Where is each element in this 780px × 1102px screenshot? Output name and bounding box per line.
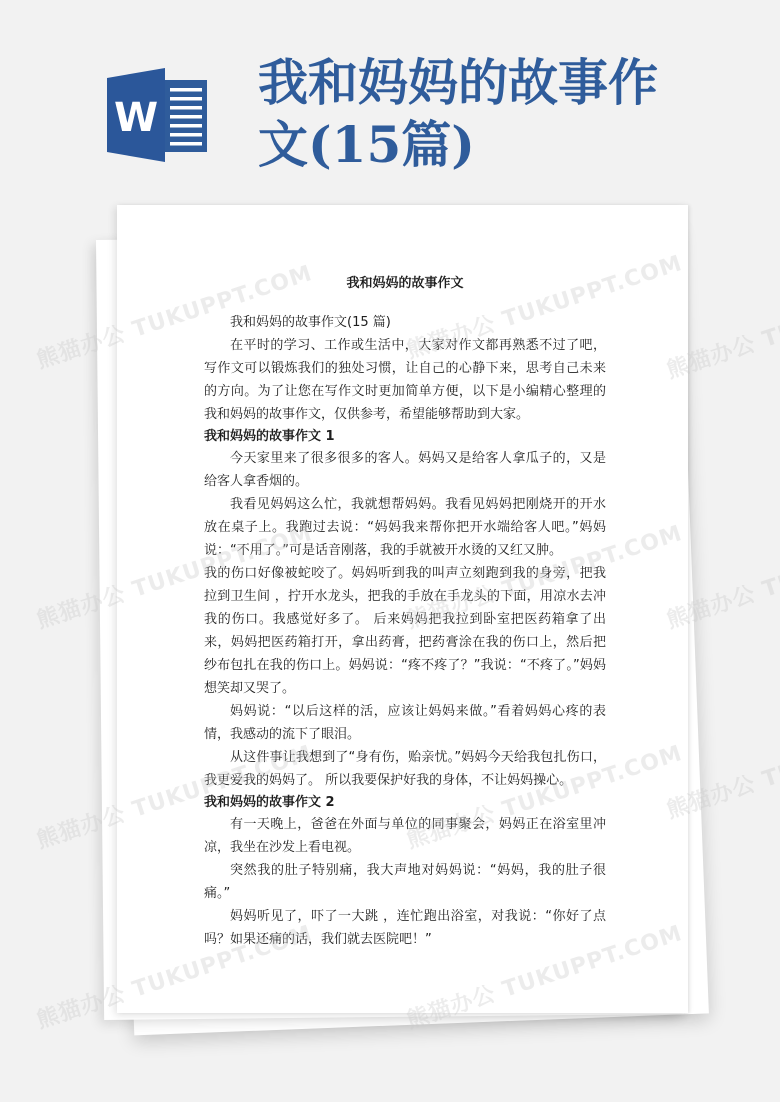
paragraph: 突然我的肚子特别痛，我大声地对妈妈说：“妈妈，我的肚子很痛。” <box>204 859 606 905</box>
paragraph: 我看见妈妈这么忙，我就想帮妈妈。我看见妈妈把刚烧开的开水放在桌子上。我跑过去说：… <box>204 493 606 562</box>
paragraph: 有一天晚上，爸爸在外面与单位的同事聚会，妈妈正在浴室里冲凉，我坐在沙发上看电视。 <box>204 813 606 859</box>
paragraph: 我的伤口好像被蛇咬了。妈妈听到我的叫声立刻跑到我的身旁，把我拉到卫生间 ，拧开水… <box>204 562 606 700</box>
paragraph: 妈妈说：“以后这样的活，应该让妈妈来做。”看着妈妈心疼的表情，我感动的流下了眼泪… <box>204 700 606 746</box>
paragraph: 从这件事让我想到了“身有伤，贻亲忧。”妈妈今天给我包扎伤口，我更爱我的妈妈了。 … <box>204 746 606 792</box>
document-title: 我和妈妈的故事作文 <box>204 275 606 293</box>
document-body: 我和妈妈的故事作文(15 篇) 在平时的学习、工作或生活中，大家对作文都再熟悉不… <box>204 311 606 951</box>
paragraph: 今天家里来了很多很多的客人。妈妈又是给客人拿瓜子的，又是给客人拿香烟的。 <box>204 447 606 493</box>
document-preview-stack: 我和妈妈的故事作文 我和妈妈的故事作文(15 篇) 在平时的学习、工作或生活中，… <box>0 0 780 1102</box>
intro-paragraph: 在平时的学习、工作或生活中，大家对作文都再熟悉不过了吧，写作文可以锻炼我们的独处… <box>204 334 606 426</box>
section-heading: 我和妈妈的故事作文 1 <box>204 426 606 447</box>
section-heading: 我和妈妈的故事作文 2 <box>204 792 606 813</box>
paragraph: 妈妈听见了，吓了一大跳 ，连忙跑出浴室，对我说：“你好了点吗？如果还痛的话，我们… <box>204 905 606 951</box>
document-page: 我和妈妈的故事作文 我和妈妈的故事作文(15 篇) 在平时的学习、工作或生活中，… <box>117 205 688 1013</box>
document-subtitle: 我和妈妈的故事作文(15 篇) <box>204 311 606 334</box>
